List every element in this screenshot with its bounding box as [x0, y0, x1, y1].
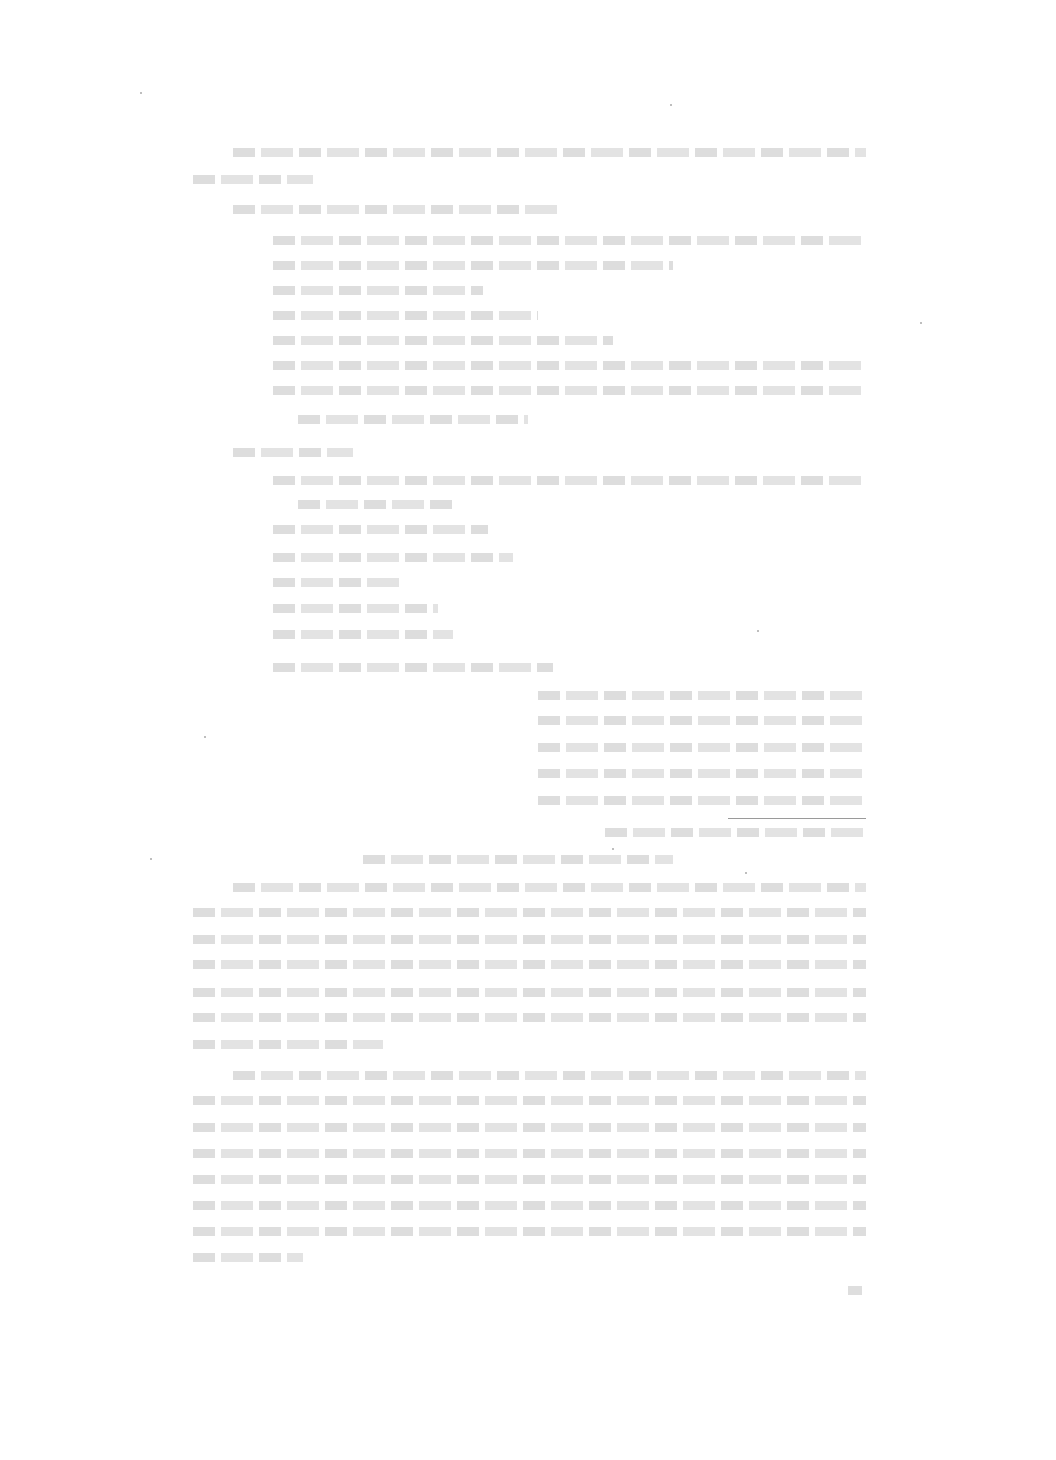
line-text: [illegible]: [193, 957, 252, 971]
scan-speck: [670, 104, 672, 106]
line-text: [illegible]: [193, 932, 252, 946]
faded-text-placeholder: [193, 1096, 866, 1105]
list-item: [illegible]: [273, 358, 866, 372]
faded-text-placeholder: [233, 883, 866, 892]
line-text: [illegible]: [193, 1120, 252, 1134]
paragraph-line: [illegible]: [193, 1172, 866, 1186]
line-text: [illegible]: [273, 660, 332, 674]
paragraph-line: [illegible]: [193, 1120, 866, 1134]
paragraph-line: [illegible]: [193, 1093, 866, 1107]
list-item: [illegible]: [273, 601, 438, 615]
line-text: [illegible]: [538, 793, 597, 807]
scan-speck: [612, 848, 614, 850]
line-text: [illegible]: [298, 497, 357, 511]
line-text: [illegible]: [233, 145, 292, 159]
line-text: [illegible]: [298, 412, 357, 426]
paragraph-line: [illegible]: [193, 1010, 866, 1024]
line-text: [illegible]: [273, 258, 332, 272]
faded-text-placeholder: [193, 1227, 866, 1236]
list-item: [illegible]: [273, 258, 673, 272]
line-text: [illegible]: [233, 880, 292, 894]
faded-text-placeholder: [193, 1013, 866, 1022]
faded-text-placeholder: [193, 960, 866, 969]
scan-speck: [745, 872, 747, 874]
line-text: [illegible]: [273, 627, 332, 641]
line-text: [illegible]: [273, 283, 332, 297]
line-text: [illegible]: [273, 601, 332, 615]
summary-row: [illegible]: [538, 766, 868, 780]
faded-text-placeholder: [193, 1201, 866, 1210]
line-text: [illegible]: [193, 1037, 252, 1051]
summary-row: [illegible]: [538, 713, 868, 727]
faded-text-placeholder: [193, 908, 866, 917]
paragraph-line: [illegible]: [233, 880, 866, 894]
line-text: [illegible]: [273, 550, 332, 564]
line-text: [illegible]: [273, 358, 332, 372]
scan-speck: [140, 92, 142, 94]
faded-text-placeholder: [273, 476, 866, 485]
line-text: [illegible]: [233, 1068, 292, 1082]
list-item: [illegible]: [273, 522, 488, 536]
total-rule: [728, 818, 866, 819]
list-item: [illegible]: [273, 550, 513, 564]
scan-speck: [757, 630, 759, 632]
centered-heading: [illegible]: [363, 852, 673, 866]
intro-line: [illegible]: [193, 172, 313, 186]
line-text: [illegible]: [538, 713, 597, 727]
line-text: [illegible]: [233, 445, 292, 459]
faded-text-placeholder: [273, 386, 866, 395]
paragraph-line: [illegible]: [193, 1037, 383, 1051]
summary-label: [illegible]: [273, 660, 553, 674]
intro-line: [illegible]: [233, 145, 866, 159]
faded-text-placeholder: [193, 1123, 866, 1132]
faded-text-placeholder: [233, 148, 866, 157]
faded-text-placeholder: [193, 935, 866, 944]
list-item: [illegible]: [298, 412, 528, 426]
line-text: [illegible]: [193, 1224, 252, 1238]
scan-speck: [204, 736, 206, 738]
line-text: [illegible]: [193, 1198, 252, 1212]
line-text: [illegible]: [193, 1250, 252, 1264]
line-text: [illegible]: [273, 383, 332, 397]
paragraph-line: [illegible]: [193, 905, 866, 919]
faded-text-placeholder: [273, 361, 866, 370]
list-item: [illegible]: [273, 308, 538, 322]
summary-row: [illegible]: [538, 740, 868, 754]
summary-total: [illegible]: [605, 825, 866, 839]
faded-text-placeholder: [233, 1071, 866, 1080]
line-text: [illegible]: [273, 333, 332, 347]
paragraph-line: [illegible]: [193, 1250, 303, 1264]
summary-row: [illegible]: [538, 688, 868, 702]
line-text: [illegible]: [193, 1093, 252, 1107]
line-text: [illegible]: [538, 766, 597, 780]
list-item: [illegible]: [273, 473, 866, 487]
list-item: [illegible]: [273, 627, 453, 641]
line-text: [illegible]: [193, 1010, 252, 1024]
page-number: [illegible]: [848, 1283, 899, 1299]
paragraph-line: [illegible]: [193, 1198, 866, 1212]
line-text: [illegible]: [233, 202, 292, 216]
scan-speck: [920, 322, 922, 324]
line-text: [illegible]: [273, 233, 332, 247]
line-text: [illegible]: [193, 1172, 252, 1186]
faded-text-placeholder: [193, 1149, 866, 1158]
list-item: [illegible]: [273, 575, 403, 589]
list-item: [illegible]: [273, 383, 866, 397]
line-text: [illegible]: [193, 905, 252, 919]
faded-text-placeholder: [193, 1175, 866, 1184]
paragraph-line: [illegible]: [193, 1146, 866, 1160]
line-text: [illegible]: [273, 308, 332, 322]
list-item: [illegible]: [298, 497, 458, 511]
paragraph-line: [illegible]: [193, 1224, 866, 1238]
paragraph-line: [illegible]: [193, 985, 866, 999]
line-text: [illegible]: [538, 740, 597, 754]
paragraph-line: [illegible]: [233, 1068, 866, 1082]
line-text: [illegible]: [363, 852, 422, 866]
section-heading: [illegible]: [233, 202, 563, 216]
scan-speck: [150, 858, 152, 860]
summary-row: [illegible]: [538, 793, 868, 807]
list-item: [illegible]: [273, 283, 483, 297]
line-text: [illegible]: [273, 575, 332, 589]
list-item: [illegible]: [273, 233, 866, 247]
line-text: [illegible]: [193, 1146, 252, 1160]
section-heading: [illegible]: [233, 445, 353, 459]
faded-text-placeholder: [273, 261, 673, 270]
paragraph-line: [illegible]: [193, 957, 866, 971]
faded-text-placeholder: [273, 236, 866, 245]
faded-text-placeholder: [193, 988, 866, 997]
line-text: [illegible]: [538, 688, 597, 702]
line-text: [illegible]: [273, 522, 332, 536]
line-text: [illegible]: [193, 985, 252, 999]
paragraph-line: [illegible]: [193, 932, 866, 946]
list-item: [illegible]: [273, 333, 613, 347]
line-text: [illegible]: [273, 473, 332, 487]
line-text: [illegible]: [193, 172, 252, 186]
line-text: [illegible]: [605, 825, 664, 839]
